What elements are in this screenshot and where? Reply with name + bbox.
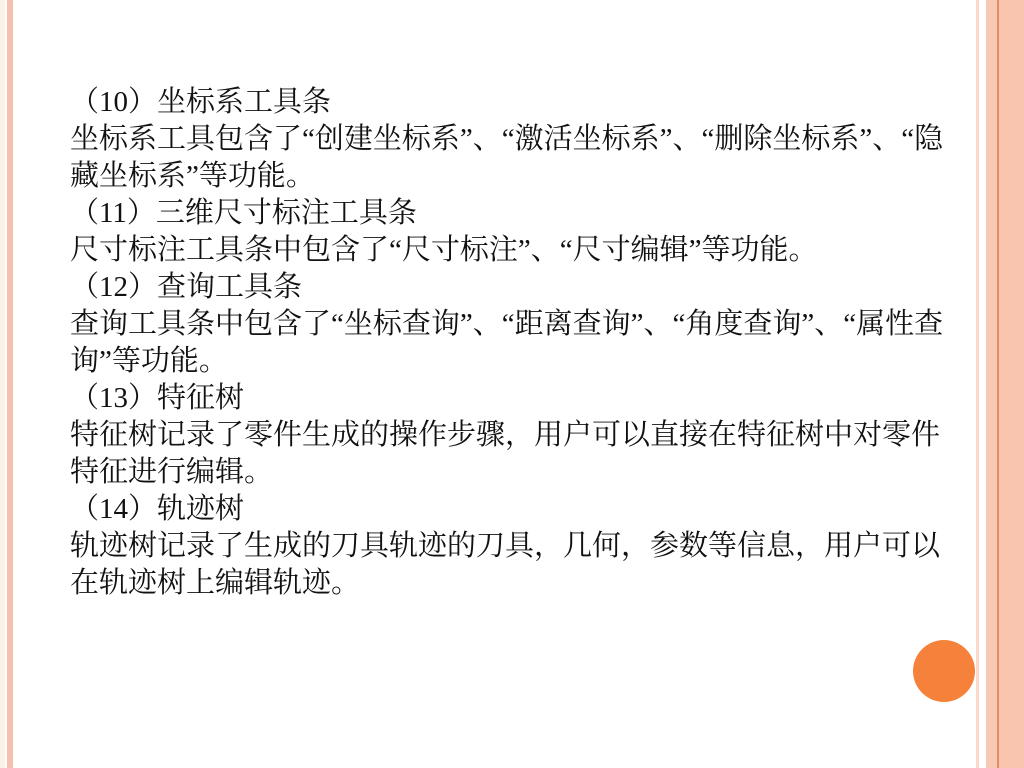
slide-text-block: （10）坐标系工具条坐标系工具包含了“创建坐标系”、“激活坐标系”、“删除坐标系… [70,84,954,602]
section-body: 尺寸标注工具条中包含了“尺寸标注”、“尺寸编辑”等功能。 [70,232,954,269]
section-heading: （12）查询工具条 [70,269,954,306]
right-edge-salmon-stripe [986,0,997,768]
section-heading: （11）三维尺寸标注工具条 [70,195,954,232]
section-body: 查询工具条中包含了“坐标查询”、“距离查询”、“角度查询”、“属性查询”等功能。 [70,306,954,380]
section-body: 轨迹树记录了生成的刀具轨迹的刀具，几何，参数等信息，用户可以在轨迹树上编辑轨迹。 [70,528,954,602]
right-edge-outer-band [999,0,1024,768]
section-body: 特征树记录了零件生成的操作步骤，用户可以直接在特征树中对零件特征进行编辑。 [70,417,954,491]
section-heading: （10）坐标系工具条 [70,84,954,121]
left-edge-pink-stripe [7,0,13,768]
section-heading: （14）轨迹树 [70,491,954,528]
left-edge-cream-stripe [0,0,5,768]
right-edge-thin-stripe [976,0,979,768]
decorative-circle [913,640,975,702]
section-body: 坐标系工具包含了“创建坐标系”、“激活坐标系”、“删除坐标系”、“隐藏坐标系”等… [70,121,954,195]
section-heading: （13）特征树 [70,380,954,417]
slide-canvas: （10）坐标系工具条坐标系工具包含了“创建坐标系”、“激活坐标系”、“删除坐标系… [0,0,1024,768]
